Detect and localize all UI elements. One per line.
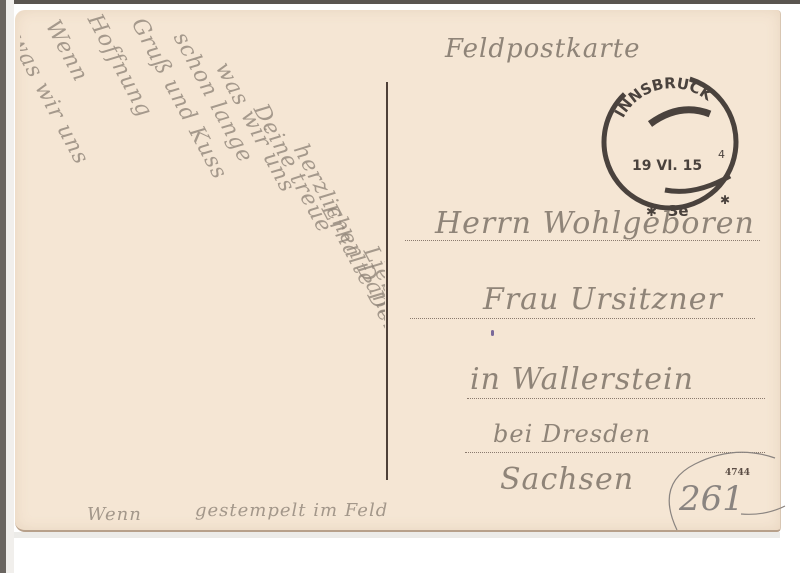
postmark-icon: INNSBRUCK 19 VI. 15 4 3e ✱ ✱ [590, 66, 740, 218]
catalog-number: 4744 [725, 468, 750, 478]
card-type-handwriting: Feldpostkarte [445, 34, 641, 64]
scan-border-top [0, 0, 800, 4]
address-district: bei Dresden [493, 420, 651, 448]
closing-word: Wenn [87, 504, 142, 525]
address-town: in Wallerstein [470, 362, 694, 397]
pencil-circle-icon: 261 [655, 444, 800, 534]
divider-line [386, 82, 388, 480]
svg-text:✱: ✱ [720, 193, 730, 207]
svg-text:261: 261 [678, 479, 744, 519]
postcard: Liebe Klara, Erhalte Deine Karte herzlic… [15, 10, 781, 532]
address-recipient: Frau Ursitzner [483, 282, 723, 317]
svg-text:4: 4 [718, 148, 725, 161]
ink-mark [491, 330, 494, 336]
address-region: Sachsen [500, 462, 634, 497]
message-area: Liebe Klara, Erhalte Deine Karte herzlic… [20, 10, 385, 530]
address-name: Herrn Wohlgeboren [435, 206, 755, 241]
scan-border-left-light [6, 0, 14, 573]
signature: gestempelt im Feld [195, 500, 388, 521]
postmark: INNSBRUCK 19 VI. 15 4 3e ✱ ✱ [590, 66, 740, 218]
address-line-3 [467, 398, 765, 399]
pencil-annotation: 261 [655, 444, 800, 534]
svg-text:19 VI. 15: 19 VI. 15 [632, 158, 702, 174]
address-line-2 [410, 318, 755, 319]
